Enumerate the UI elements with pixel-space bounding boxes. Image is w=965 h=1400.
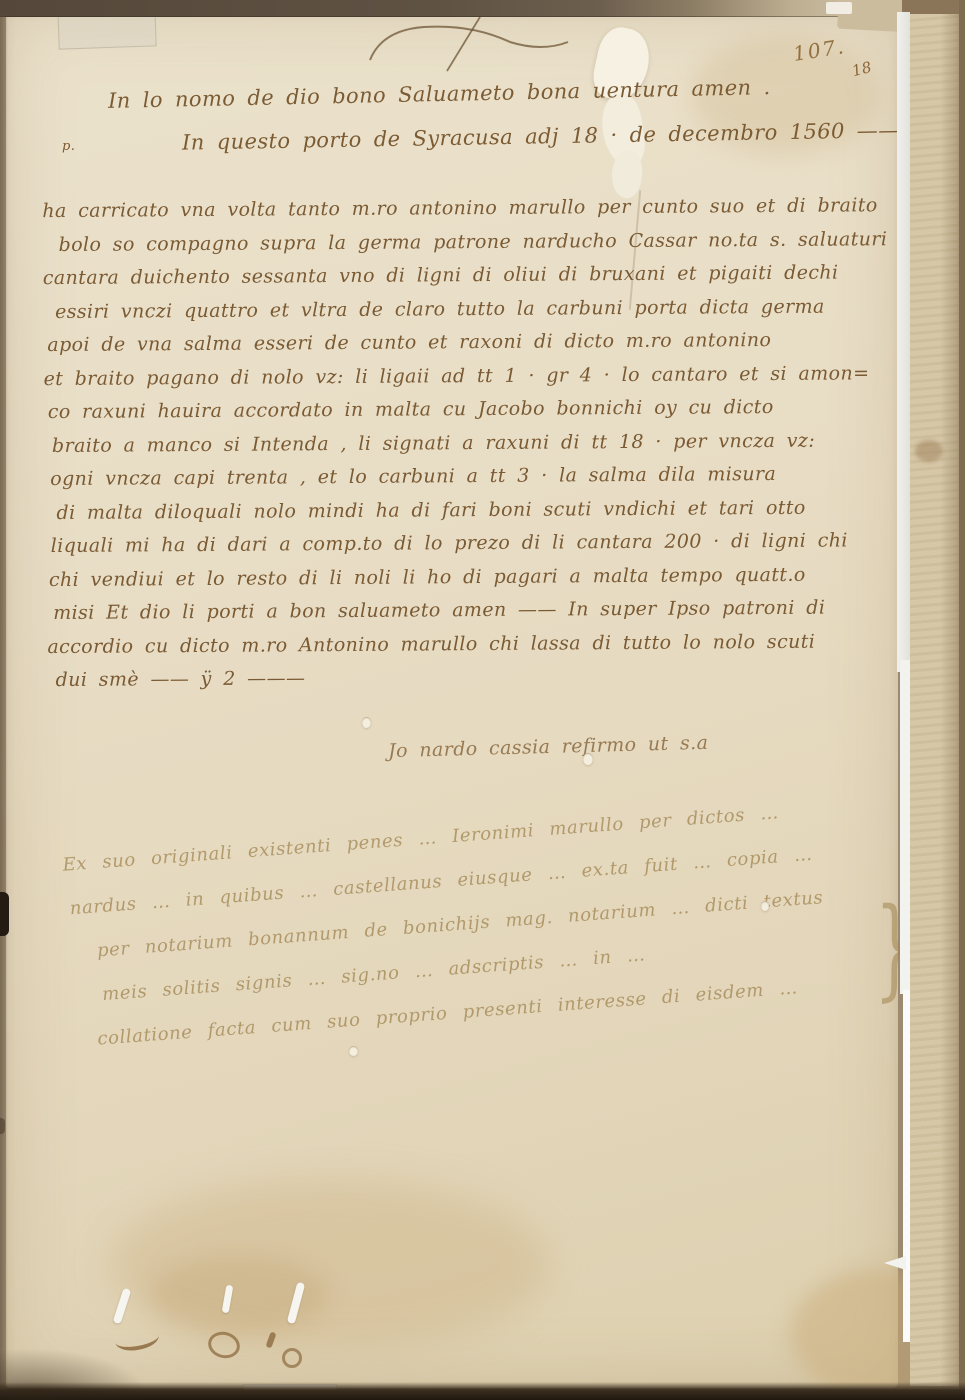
manuscript-scan: 107. 18 In lo nomo de dio bono Saluameto…	[0, 0, 965, 1400]
wormhole	[349, 1046, 358, 1056]
manuscript-line: dui smè —— ÿ 2 ———	[56, 658, 926, 698]
margin-note: p.	[62, 139, 75, 154]
invocation-cross-mark	[352, 12, 582, 74]
page-block-outer-edge	[959, 0, 965, 1400]
stain	[915, 440, 943, 462]
scan-shadow-corner	[0, 1348, 150, 1400]
manuscript-line: et braito pagano di nolo vz: li ligaii a…	[43, 356, 923, 396]
manuscript-line: liquali mi ha di dari a comp.to di lo pr…	[51, 524, 925, 564]
paper-chip	[826, 2, 852, 14]
wormhole	[362, 717, 371, 728]
binding-edge-top	[0, 0, 965, 17]
manuscript-line: accordio cu dicto m.ro Antonino marullo …	[47, 624, 925, 664]
edge-notch	[0, 892, 9, 936]
stain	[150, 1255, 330, 1335]
stain	[110, 1180, 550, 1350]
wormhole	[761, 901, 769, 911]
manuscript-line: cantara duichento sessanta vno di ligni …	[43, 256, 923, 296]
worm-damage-mark	[282, 1348, 302, 1368]
manuscript-line: ha carricato vna volta tanto m.ro antoni…	[42, 189, 922, 229]
manuscript-line: braito a manco si Intenda , li signati a…	[52, 423, 924, 463]
wormhole	[583, 753, 593, 765]
manuscript-line: essiri vnczi quattro et vltra de claro t…	[55, 289, 923, 329]
manuscript-line: misi Et dio li porti a bon saluameto ame…	[53, 591, 925, 631]
body-text-block: ha carricato vna volta tanto m.ro antoni…	[42, 189, 925, 698]
edge-notch	[0, 1118, 5, 1134]
next-page-edge	[897, 12, 910, 672]
page-block-edge	[910, 14, 965, 1386]
page-left-edge	[0, 12, 8, 1388]
